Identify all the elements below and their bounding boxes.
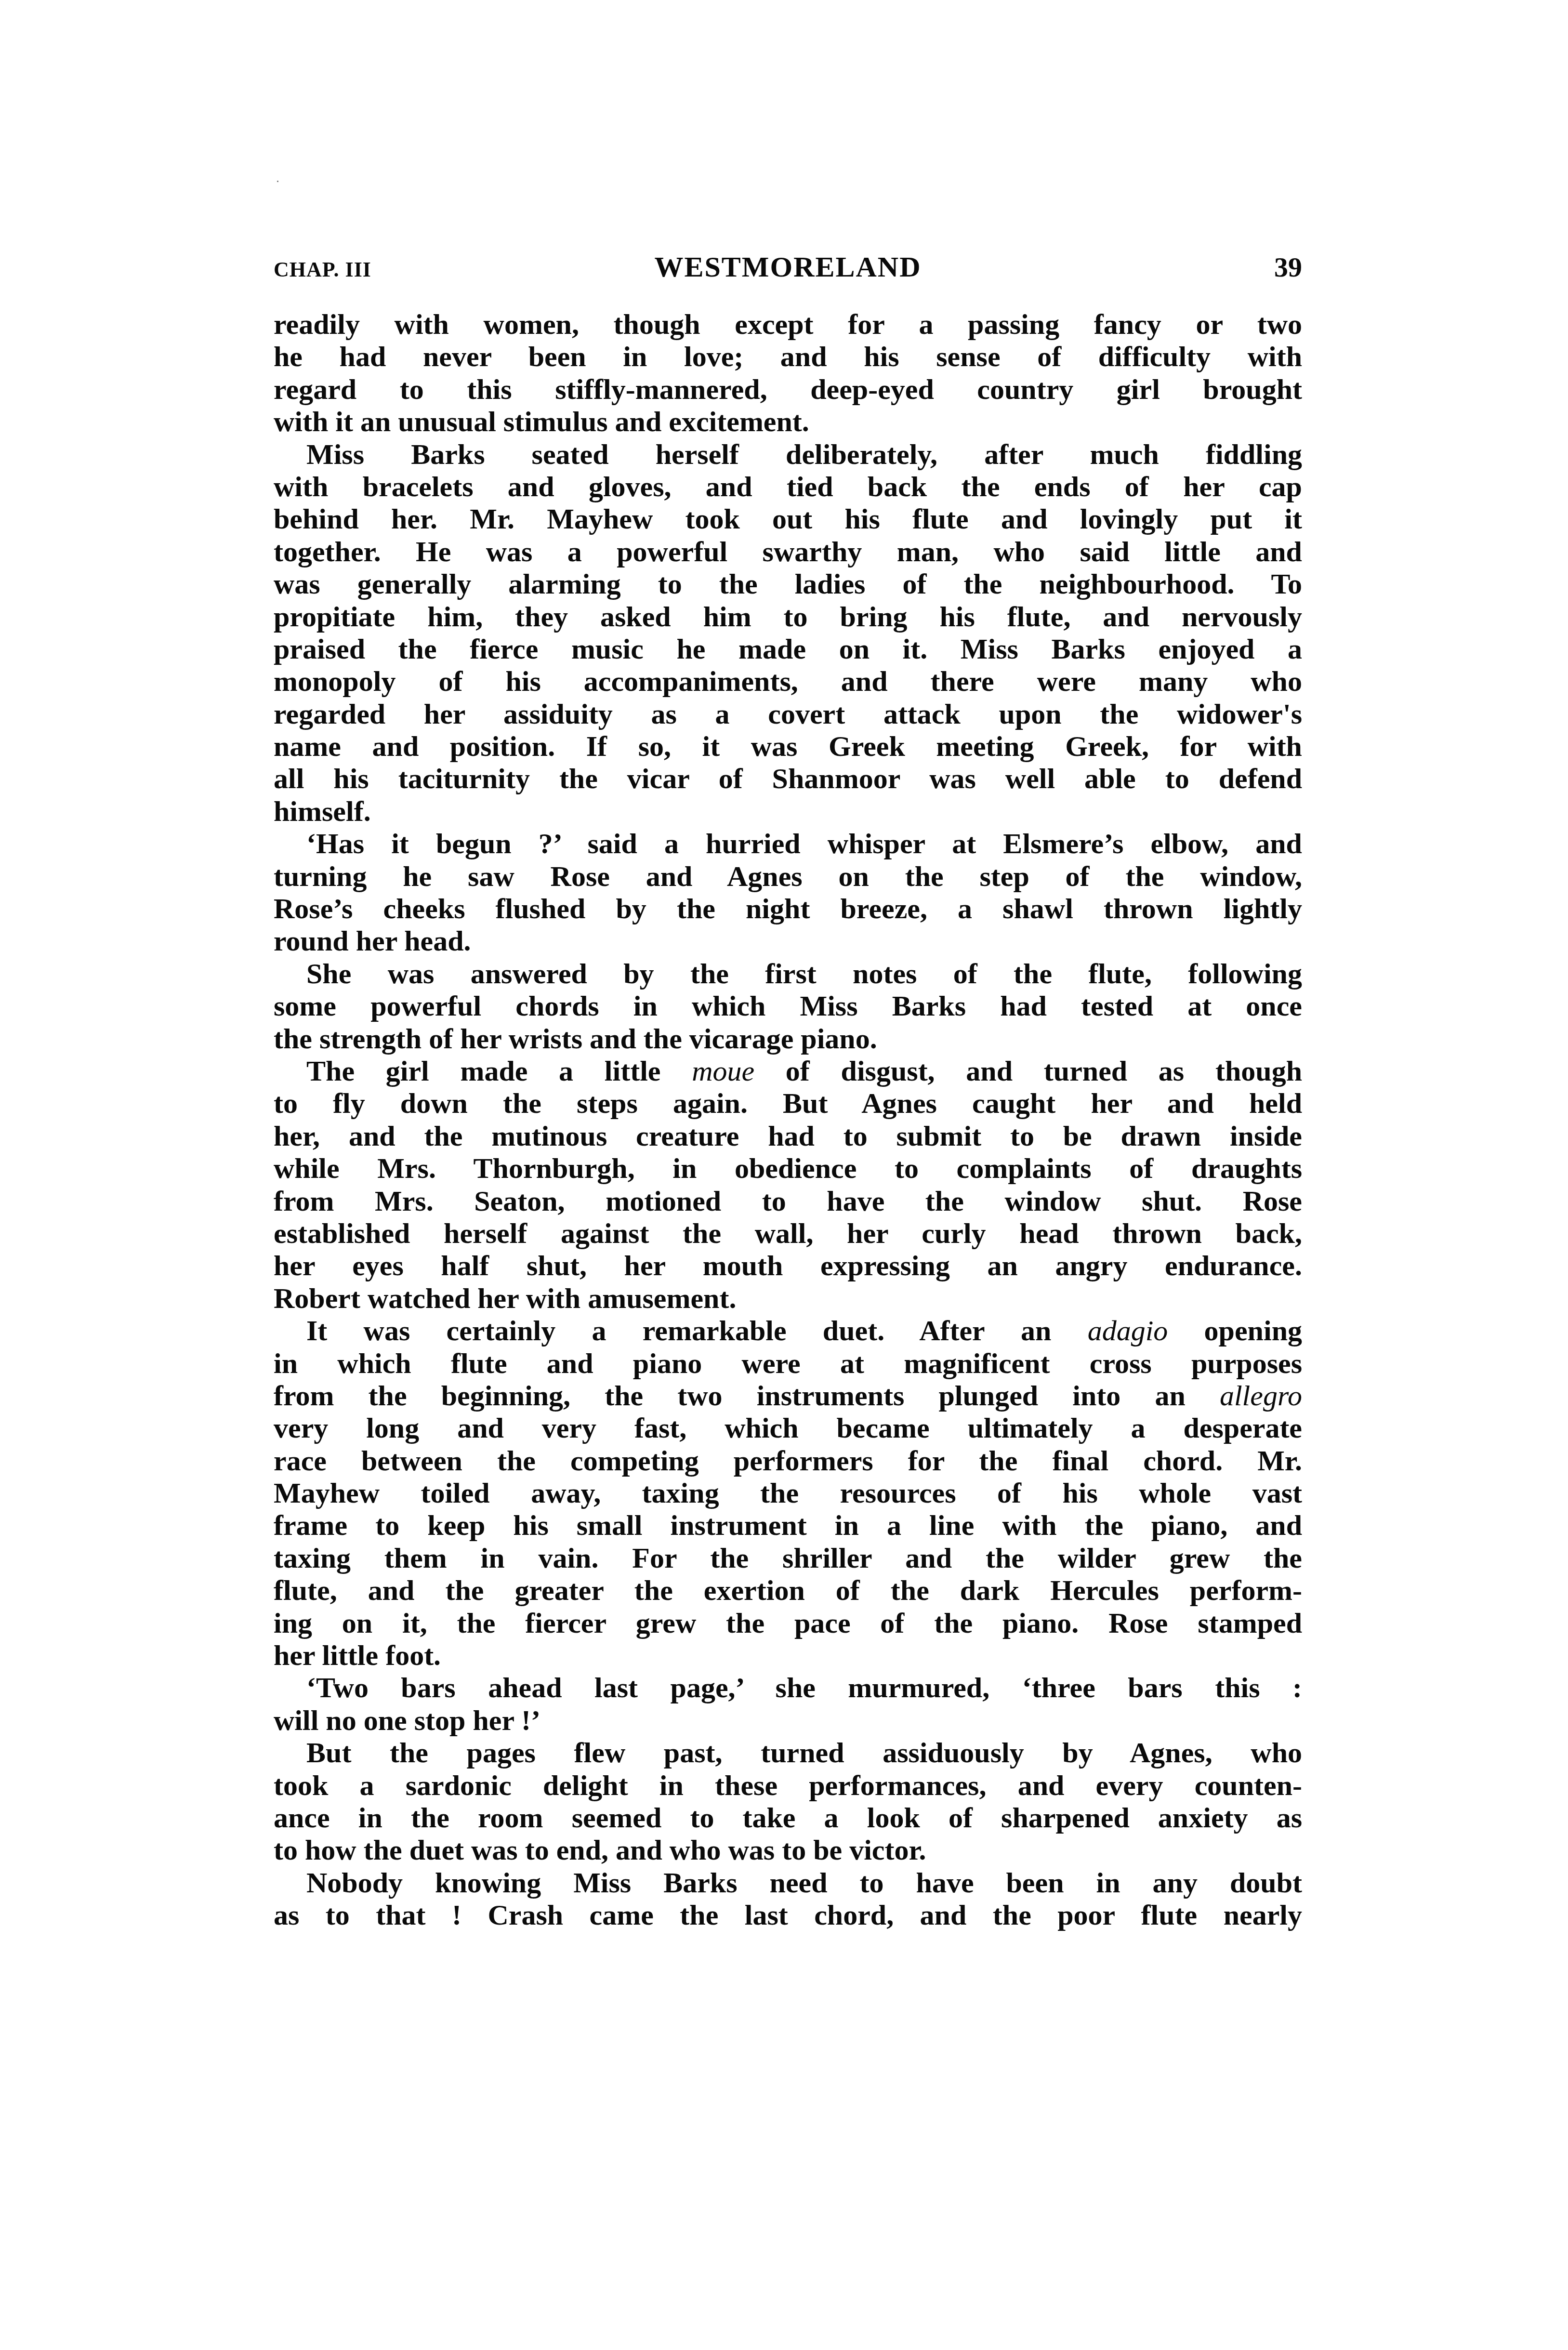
text-line: from Mrs. Seaton, motioned to have the w… [274, 1185, 1302, 1217]
text-line: ing on it, the fiercer grew the pace of … [274, 1607, 1302, 1639]
text-line: her little foot. [274, 1639, 1302, 1672]
text-line: all his taciturnity the vicar of Shanmoo… [274, 763, 1302, 795]
text-line: he had never been in love; and his sense… [274, 341, 1302, 373]
text-line: was generally alarming to the ladies of … [274, 568, 1302, 600]
text-line: to fly down the steps again. But Agnes c… [274, 1087, 1302, 1120]
italic-term: allegro [1220, 1380, 1302, 1412]
text-line: She was answered by the first notes of t… [274, 958, 1302, 990]
text-line: her, and the mutinous creature had to su… [274, 1120, 1302, 1152]
text-line: ‘Two bars ahead last page,’ she murmured… [274, 1672, 1302, 1704]
running-head: CHAP. III WESTMORELAND 39 [274, 251, 1302, 294]
italic-term: adagio [1088, 1315, 1168, 1347]
text-line: propitiate him, they asked him to bring … [274, 601, 1302, 633]
text-line: turning he saw Rose and Agnes on the ste… [274, 860, 1302, 893]
text-line: took a sardonic delight in these perform… [274, 1769, 1302, 1802]
text-line: to how the duet was to end, and who was … [274, 1834, 1302, 1866]
text-line: taxing them in vain. For the shriller an… [274, 1542, 1302, 1574]
text-line: ‘Has it begun ?’ said a hurried whisper … [274, 828, 1302, 860]
text-line: race between the competing performers fo… [274, 1445, 1302, 1477]
text-line: frame to keep his small instrument in a … [274, 1509, 1302, 1542]
text-line: readily with women, though except for a … [274, 308, 1302, 341]
text-line: It was certainly a remarkable duet. Afte… [274, 1315, 1302, 1347]
text-line: monopoly of his accompaniments, and ther… [274, 665, 1302, 698]
text-line: But the pages flew past, turned assiduou… [274, 1737, 1302, 1769]
text-line: regard to this stiffly-mannered, deep-ey… [274, 373, 1302, 406]
text-line: in which flute and piano were at magnifi… [274, 1347, 1302, 1380]
text-line: her eyes half shut, her mouth expressing… [274, 1250, 1302, 1282]
text-line: together. He was a powerful swarthy man,… [274, 536, 1302, 568]
text-line: established herself against the wall, he… [274, 1217, 1302, 1250]
text-line: himself. [274, 795, 1302, 828]
text-line: Miss Barks seated herself deliberately, … [274, 438, 1302, 471]
text-line: The girl made a little moue of disgust, … [274, 1055, 1302, 1087]
text-line: Rose’s cheeks flushed by the night breez… [274, 893, 1302, 925]
italic-term: moue [692, 1055, 754, 1087]
text-line: while Mrs. Thornburgh, in obedience to c… [274, 1152, 1302, 1185]
text-line: from the beginning, the two instruments … [274, 1380, 1302, 1412]
text-line: flute, and the greater the exertion of t… [274, 1574, 1302, 1607]
chapter-label: CHAP. III [274, 257, 466, 282]
page-number: 39 [1109, 251, 1302, 283]
text-line: very long and very fast, which became ul… [274, 1412, 1302, 1444]
book-page: CHAP. III WESTMORELAND 39 readily with w… [274, 251, 1302, 1932]
text-line: the strength of her wrists and the vicar… [274, 1023, 1302, 1055]
text-line: Nobody knowing Miss Barks need to have b… [274, 1867, 1302, 1899]
text-line: as to that ! Crash came the last chord, … [274, 1899, 1302, 1931]
running-title: WESTMORELAND [466, 251, 1109, 284]
text-line: will no one stop her !’ [274, 1704, 1302, 1737]
text-line: regarded her assiduity as a covert attac… [274, 698, 1302, 730]
body-text: readily with women, though except for a … [274, 308, 1302, 1932]
text-line: with bracelets and gloves, and tied back… [274, 471, 1302, 503]
text-line: some powerful chords in which Miss Barks… [274, 990, 1302, 1022]
text-line: ance in the room seemed to take a look o… [274, 1802, 1302, 1834]
text-line: name and position. If so, it was Greek m… [274, 730, 1302, 763]
text-line: round her head. [274, 925, 1302, 957]
text-line: Mayhew toiled away, taxing the resources… [274, 1477, 1302, 1509]
scan-speck [277, 181, 278, 182]
text-line: Robert watched her with amusement. [274, 1282, 1302, 1315]
text-line: praised the fierce music he made on it. … [274, 633, 1302, 665]
text-line: behind her. Mr. Mayhew took out his flut… [274, 503, 1302, 535]
text-line: with it an unusual stimulus and exciteme… [274, 406, 1302, 438]
